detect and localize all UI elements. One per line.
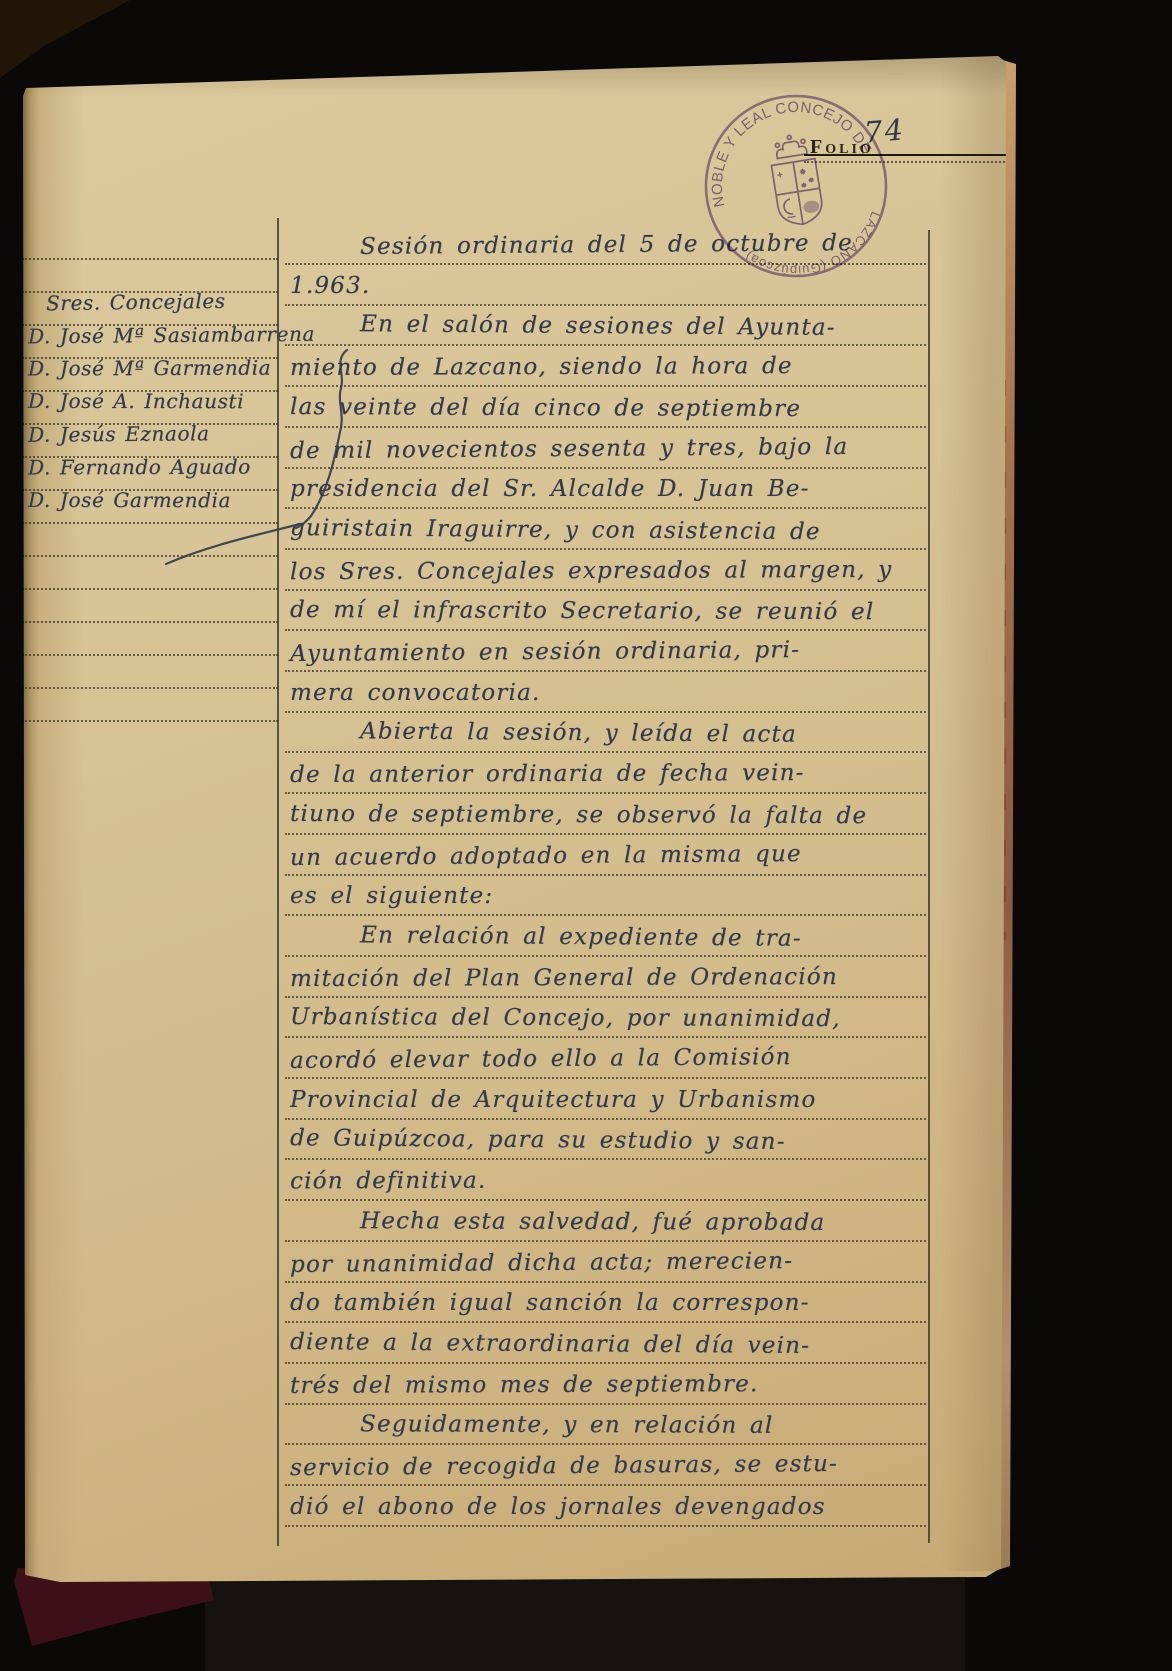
manuscript-line: trés del mismo mes de septiembre.	[290, 1371, 759, 1399]
manuscript-line: En relación al expediente de tra-	[360, 922, 802, 951]
body-rule	[285, 914, 926, 916]
body-rule	[285, 1362, 926, 1364]
manuscript-line: guiristain Iraguirre, y con asistencia d…	[290, 515, 821, 545]
councilor-name: D. José Garmendia	[28, 488, 231, 512]
manuscript-line: acordó elevar todo ello a la Comisión	[290, 1044, 792, 1074]
folio-underline	[804, 154, 1006, 156]
manuscript-line: 1.963.	[290, 273, 370, 299]
margin-rule	[22, 258, 278, 260]
body-rule	[285, 1118, 926, 1120]
body-rule	[285, 1036, 926, 1038]
body-rule	[285, 1525, 926, 1527]
manuscript-line: Abierta la sesión, y leída el acta	[360, 719, 797, 748]
municipal-stamp: NOBLE Y LEAL CONCEJO DE LAZCANO (Guipúzc…	[688, 80, 912, 300]
manuscript-line: presidencia del Sr. Alcalde D. Juan Be-	[290, 476, 810, 502]
body-rule	[285, 996, 926, 998]
manuscript-line: En el salón de sesiones del Ayunta-	[360, 312, 836, 342]
page-top-shading	[23, 56, 1006, 96]
manuscript-line: mitación del Plan General de Ordenación	[290, 964, 838, 992]
manuscript-line: Urbanística del Concejo, por unanimidad,	[290, 1004, 841, 1032]
manuscript-line: ción definitiva.	[290, 1168, 487, 1195]
councilor-name: D. Fernando Aguado	[28, 455, 251, 480]
manuscript-line: es el siguiente:	[290, 883, 493, 909]
body-rule	[285, 1321, 926, 1323]
manuscript-line: por unanimidad dicha acta; merecien-	[290, 1248, 793, 1278]
manuscript-line: tiuno de septiembre, se observó la falta…	[290, 801, 867, 829]
body-rule	[285, 1158, 926, 1160]
manuscript-page: Folio 74 Sres. ConcejalesD. José Mª Sasi…	[0, 0, 1172, 1671]
body-rule	[285, 711, 926, 713]
margin-rule	[22, 720, 278, 722]
scanned-minutes-page: Folio 74 Sres. ConcejalesD. José Mª Sasi…	[0, 0, 1172, 1671]
councilor-name: D. Jesús Eznaola	[28, 421, 210, 447]
body-rule	[285, 263, 926, 265]
councilor-name: D. José A. Inchausti	[28, 389, 244, 413]
manuscript-line: de mil novecientos sesenta y tres, bajo …	[290, 433, 848, 463]
manuscript-line: de mí el infrascrito Secretario, se reun…	[290, 597, 874, 625]
councilor-name: D. José Mª Garmendia	[28, 356, 271, 381]
stamp-ring	[688, 80, 909, 299]
body-rule	[285, 1199, 926, 1201]
body-rule	[285, 874, 926, 876]
manuscript-line: de la anterior ordinaria de fecha vein-	[290, 760, 805, 788]
body-rule	[285, 589, 926, 591]
margin-rule	[22, 588, 278, 590]
margin-rule	[22, 654, 278, 656]
folio-dotted-line	[804, 161, 1012, 163]
body-rule	[285, 548, 926, 550]
manuscript-line: los Sres. Concejales expresados al marge…	[290, 556, 892, 584]
body-rule	[285, 751, 926, 753]
manuscript-line: Hecha esta salvedad, fué aprobada	[360, 1208, 825, 1236]
body-rule	[285, 1281, 926, 1283]
manuscript-line: Sesión ordinaria del 5 de octubre de	[360, 230, 853, 260]
manuscript-line: dió el abono de los jornales devengados	[290, 1494, 826, 1520]
body-rule	[285, 1403, 926, 1405]
manuscript-line: servicio de recogida de basuras, se estu…	[290, 1451, 838, 1481]
body-rule	[285, 792, 926, 794]
manuscript-line: do también igual sanción la correspon-	[290, 1290, 810, 1316]
body-rule	[285, 426, 926, 428]
margin-vertical-rule	[277, 218, 279, 1546]
councilor-name: D. José Mª Sasiambarrena	[28, 322, 315, 349]
manuscript-line: un acuerdo adoptado en la misma que	[290, 841, 802, 871]
book-cover-corner-top	[0, 0, 140, 80]
body-rule	[285, 955, 926, 957]
body-rule	[285, 1077, 926, 1079]
body-rule	[285, 833, 926, 835]
body-rule	[285, 629, 926, 631]
body-rule	[285, 670, 926, 672]
body-rule	[285, 304, 926, 306]
manuscript-line: las veinte del día cinco de septiembre	[290, 394, 801, 422]
margin-rule	[22, 621, 278, 623]
folio-number: 74	[863, 112, 907, 149]
manuscript-line: Ayuntamiento en sesión ordinaria, pri-	[290, 637, 800, 667]
body-rule	[285, 1484, 926, 1486]
body-rule	[285, 385, 926, 387]
manuscript-line: de Guipúzcoa, para su estudio y san-	[290, 1125, 786, 1155]
scan-shadow	[205, 1578, 965, 1671]
manuscript-line: Seguidamente, y en relación al	[360, 1412, 774, 1440]
margin-heading: Sres. Concejales	[46, 289, 226, 316]
manuscript-line: mera convocatoria.	[290, 680, 540, 706]
margin-rule	[22, 522, 278, 524]
body-rule	[285, 467, 926, 469]
manuscript-line: Provincial de Arquitectura y Urbanismo	[290, 1087, 816, 1113]
body-rule	[285, 1443, 926, 1445]
body-rule	[285, 344, 926, 346]
body-rule	[285, 507, 926, 509]
body-rule	[285, 1240, 926, 1242]
margin-rule	[22, 555, 278, 557]
right-vertical-rule	[928, 230, 930, 1543]
margin-rule	[22, 687, 278, 689]
manuscript-line: diente a la extraordinaria del día vein-	[290, 1329, 810, 1359]
manuscript-line: miento de Lazcano, siendo la hora de	[290, 353, 793, 381]
page-right-shading	[940, 56, 1006, 1571]
